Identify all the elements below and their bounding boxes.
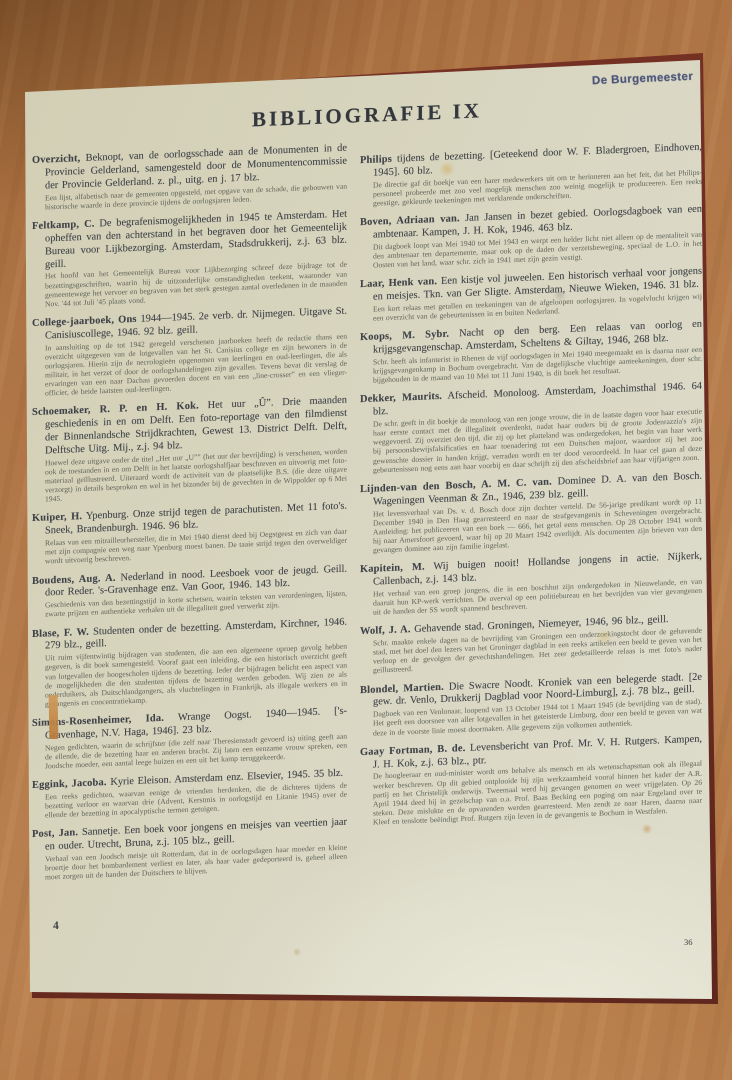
entry-author: Wolf, J. A. <box>360 624 411 637</box>
document-page: BIBLIOGRAFIE IX Overzicht, Beknopt, van … <box>0 0 732 1080</box>
entry-author: Blase, F. W. <box>32 626 89 639</box>
bibliography-entry: Koops, M. Sybr. Nacht op den berg. Een r… <box>360 319 702 386</box>
bibliography-entry: College-jaarboek, Ons 1944—1945. 2e verb… <box>32 306 347 399</box>
bibliography-entry: Boven, Adriaan van. Jan Jansen in bezet … <box>360 204 702 271</box>
bibliography-entry: Dekker, Maurits. Afscheid. Monoloog. Ams… <box>360 381 702 475</box>
bibliography-entry: Post, Jan. Sannetje. Een boek voor jonge… <box>32 817 347 882</box>
entry-author: Laar, Henk van. <box>360 276 437 290</box>
entry-author: Feltkamp, C. <box>32 218 95 231</box>
bibliography-column-left: Overzicht, Beknopt, van de oorlogsschade… <box>32 143 347 892</box>
entry-author: Koops, M. Sybr. <box>360 329 449 344</box>
bibliography-entry: Feltkamp, C. De begrafenismogelijkheden … <box>32 209 347 309</box>
entry-annotation: In aansluiting op de tot 1942 geregeld v… <box>45 331 347 398</box>
entry-author: Blondel, Martien. <box>360 681 444 695</box>
bibliography-entry: Blase, F. W. Studenten onder de bezettin… <box>32 616 347 709</box>
bibliography-entry: Philips tijdens de bezetting. [Geteekend… <box>360 142 702 209</box>
bibliography-entry: Eggink, Jacoba. Kyrie Eleison. Amsterdam… <box>32 768 347 821</box>
bibliography-entry: Boudens, Aug. A. Nederland in nood. Lees… <box>32 563 347 619</box>
page-number-left: 4 <box>53 920 59 932</box>
bibliography-entry: Blondel, Martien. Die Swacre Noodt. Kron… <box>360 671 702 738</box>
entry-annotation: De hoogleeraar en oud-minister wordt ons… <box>373 759 702 827</box>
entry-author: Kuiper, H. <box>32 511 82 524</box>
entry-annotation: De schr. geeft in dit boekje de monoloog… <box>373 407 702 475</box>
bibliography-entry: Kapitein, M. Wij buigen nooit! Hollandse… <box>360 551 702 618</box>
bibliography-column-right: Philips tijdens de bezetting. [Geteekend… <box>360 129 702 879</box>
tape-fragment <box>49 695 59 739</box>
paper-stain <box>292 948 302 956</box>
entry-author: Post, Jan. <box>32 827 78 840</box>
entry-author: Boudens, Aug. A. <box>32 572 116 586</box>
photo-scene: BIBLIOGRAFIE IX Overzicht, Beknopt, van … <box>0 0 732 1080</box>
bibliography-entry: Schoemaker, R. P. en H. Kok. Het uur „Û”… <box>32 395 347 504</box>
entry-author: Eggink, Jacoba. <box>32 777 107 791</box>
entry-author: Dekker, Maurits. <box>360 391 442 405</box>
bibliography-entry: Simons-Rosenheimer, Ida. Wrange Oogst. 1… <box>32 706 347 771</box>
bibliography-entry: Gaay Fortman, B. de. Levensbericht van P… <box>360 733 702 827</box>
entry-author: Philips <box>360 154 392 166</box>
bibliography-entry: Kuiper, H. Ypenburg. Onze strijd tegen d… <box>32 501 347 566</box>
entry-author: Overzicht, <box>32 153 80 166</box>
entry-annotation: Uit ruim vijfentwintig bijdragen van stu… <box>45 642 347 709</box>
entry-author: Kapitein, M. <box>360 562 425 576</box>
bibliography-entry: Lijnden-van den Bosch, A. M. C. van. Dom… <box>360 470 702 555</box>
bibliography-columns: Overzicht, Beknopt, van de oorlogsschade… <box>32 129 702 892</box>
page-number-right: 36 <box>684 937 693 947</box>
bibliography-entry: Laar, Henk van. Een kistje vol juweelen.… <box>360 266 702 323</box>
bibliography-entry: Overzicht, Beknopt, van de oorlogsschade… <box>32 143 347 212</box>
page-content: BIBLIOGRAFIE IX Overzicht, Beknopt, van … <box>32 80 702 892</box>
bibliography-entry: Wolf, J. A. Gehavende stad. Groningen, N… <box>360 613 702 676</box>
